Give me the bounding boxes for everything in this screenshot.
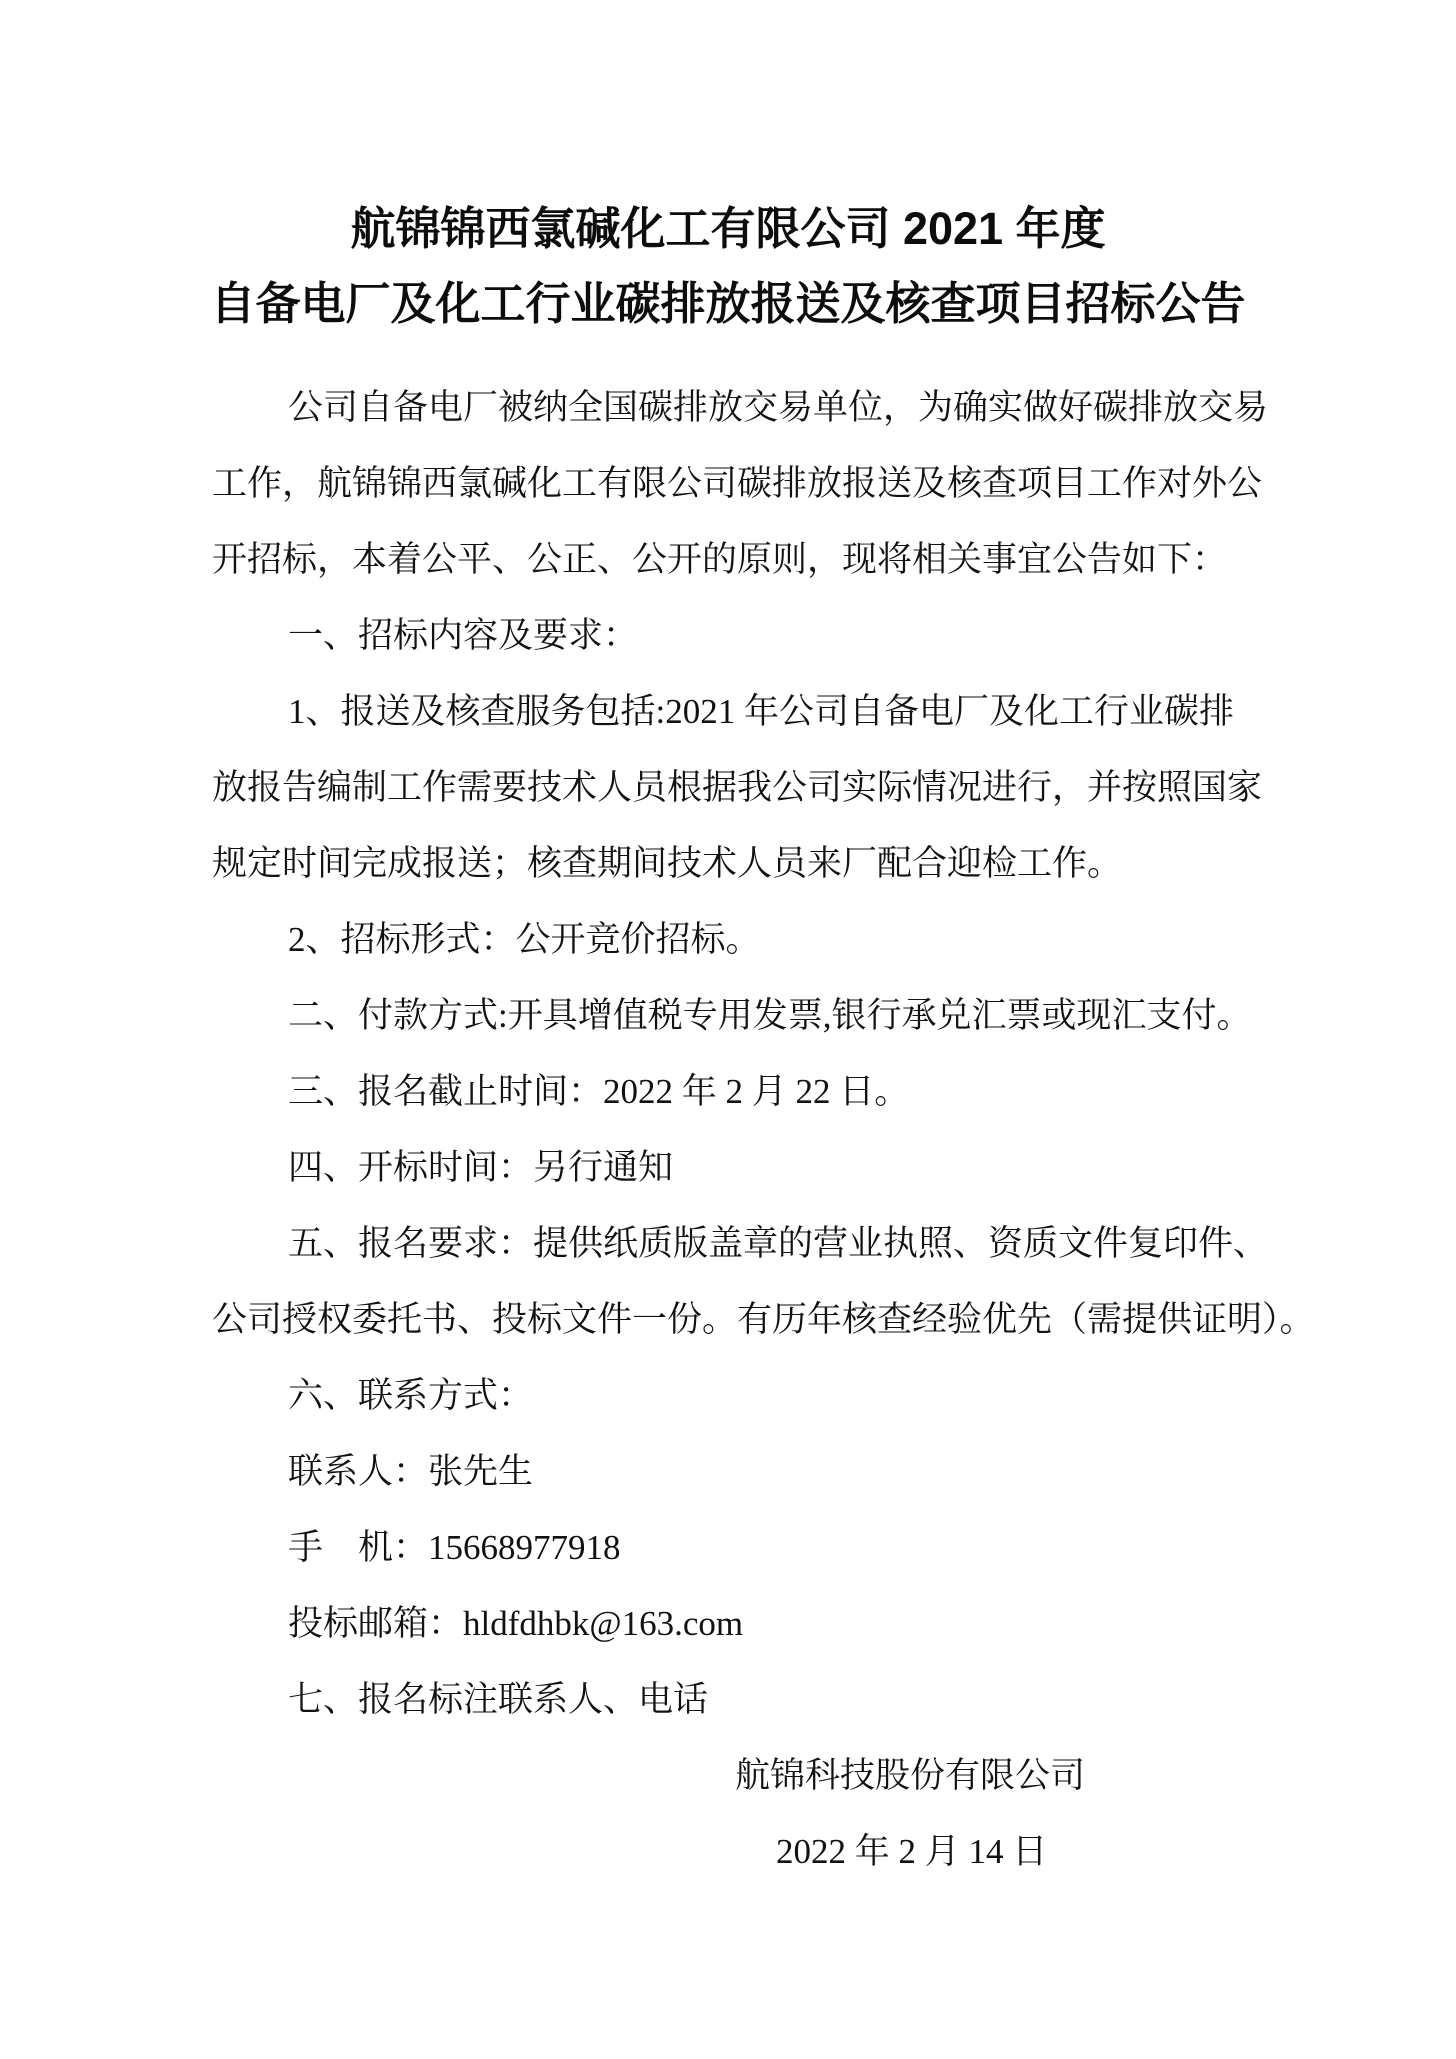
- paragraph-line: 五、报名要求：提供纸质版盖章的营业执照、资质文件复印件、: [212, 1206, 1266, 1282]
- contact-email-line: 投标邮箱：hldfdhbk@163.com: [212, 1586, 1266, 1662]
- signature-company-line: 航锦科技股份有限公司: [212, 1738, 1266, 1814]
- paragraph-line: 放报告编制工作需要技术人员根据我公司实际情况进行，并按照国家: [212, 750, 1266, 826]
- section-heading-line: 六、联系方式：: [212, 1358, 1266, 1434]
- paragraph-line: 公司自备电厂被纳全国碳排放交易单位，为确实做好碳排放交易: [212, 370, 1266, 446]
- paragraph-line: 开招标，本着公平、公正、公开的原则，现将相关事宜公告如下：: [212, 522, 1266, 598]
- paragraph-line: 1、报送及核查服务包括:2021 年公司自备电厂及化工行业碳排: [212, 674, 1266, 750]
- document-body: 公司自备电厂被纳全国碳排放交易单位，为确实做好碳排放交易 工作，航锦锦西氯碱化工…: [212, 370, 1266, 1890]
- section-heading-line: 一、招标内容及要求：: [212, 598, 1266, 674]
- paragraph-line: 四、开标时间：另行通知: [212, 1130, 1266, 1206]
- paragraph-line: 二、付款方式:开具增值税专用发票,银行承兑汇票或现汇支付。: [212, 978, 1266, 1054]
- document-page: 航锦锦西氯碱化工有限公司 2021 年度 自备电厂及化工行业碳排放报送及核查项目…: [0, 0, 1456, 2059]
- paragraph-line: 七、报名标注联系人、电话: [212, 1662, 1266, 1738]
- paragraph-line: 三、报名截止时间：2022 年 2 月 22 日。: [212, 1054, 1266, 1130]
- paragraph-line: 公司授权委托书、投标文件一份。有历年核查经验优先（需提供证明）。: [212, 1282, 1266, 1358]
- contact-name-line: 联系人：张先生: [212, 1434, 1266, 1510]
- signature-date-line: 2022 年 2 月 14 日: [212, 1814, 1266, 1890]
- document-title: 航锦锦西氯碱化工有限公司 2021 年度 自备电厂及化工行业碳排放报送及核查项目…: [0, 0, 1456, 341]
- paragraph-line: 规定时间完成报送；核查期间技术人员来厂配合迎检工作。: [212, 826, 1266, 902]
- paragraph-line: 工作，航锦锦西氯碱化工有限公司碳排放报送及核查项目工作对外公: [212, 446, 1266, 522]
- document-title-line-2: 自备电厂及化工行业碳排放报送及核查项目招标公告: [0, 266, 1456, 341]
- contact-phone-line: 手 机：15668977918: [212, 1510, 1266, 1586]
- document-title-line-1: 航锦锦西氯碱化工有限公司 2021 年度: [0, 191, 1456, 266]
- paragraph-line: 2、招标形式：公开竞价招标。: [212, 902, 1266, 978]
